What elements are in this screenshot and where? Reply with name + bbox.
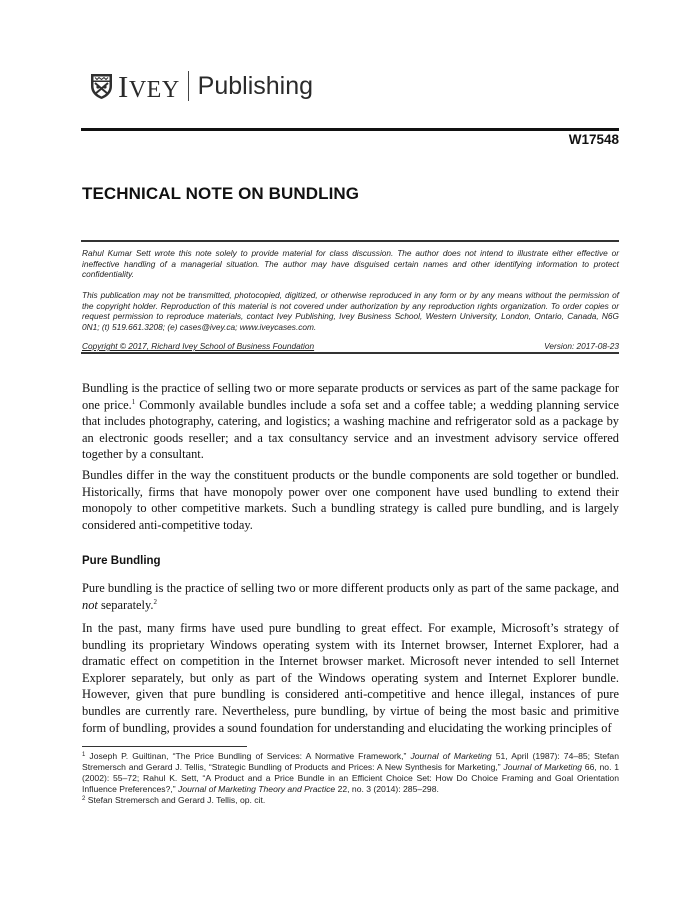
document-title: TECHNICAL NOTE ON BUNDLING bbox=[82, 184, 359, 204]
shield-crest-icon bbox=[89, 72, 114, 100]
footnotes: 1 Joseph P. Guiltinan, “The Price Bundli… bbox=[82, 751, 619, 806]
ivey-publishing-logo: IVEY Publishing bbox=[89, 68, 313, 104]
copyright-disclaimer: This publication may not be transmitted,… bbox=[82, 290, 619, 332]
copyright-row: Copyright © 2017, Richard Ivey School of… bbox=[82, 341, 619, 351]
copyright-line: Copyright © 2017, Richard Ivey School of… bbox=[82, 341, 314, 351]
paragraph-bundle-types: Bundles differ in the way the constituen… bbox=[82, 467, 619, 533]
document-page: IVEY Publishing W17548 TECHNICAL NOTE ON… bbox=[0, 0, 700, 906]
case-number: W17548 bbox=[569, 132, 619, 147]
ivey-wordmark: IVEY bbox=[118, 71, 180, 102]
footnote-2: 2 Stefan Stremersch and Gerard J. Tellis… bbox=[82, 795, 619, 806]
section-heading-pure-bundling: Pure Bundling bbox=[82, 555, 161, 567]
footnote-ref-2[interactable]: 2 bbox=[153, 598, 157, 606]
paragraph-pure-bundling-definition: Pure bundling is the practice of selling… bbox=[82, 580, 619, 613]
disclaimer-bottom-rule bbox=[81, 352, 619, 354]
disclaimer-top-rule bbox=[81, 240, 619, 242]
publishing-wordmark: Publishing bbox=[198, 74, 313, 99]
header-rule bbox=[81, 128, 619, 131]
footnote-1: 1 Joseph P. Guiltinan, “The Price Bundli… bbox=[82, 751, 619, 795]
version-label: Version: 2017-08-23 bbox=[544, 341, 619, 351]
logo-divider bbox=[188, 71, 189, 101]
paragraph-microsoft-example: In the past, many firms have used pure b… bbox=[82, 620, 619, 736]
footnote-separator bbox=[82, 746, 247, 747]
paragraph-intro: Bundling is the practice of selling two … bbox=[82, 380, 619, 463]
author-disclaimer: Rahul Kumar Sett wrote this note solely … bbox=[82, 248, 619, 280]
